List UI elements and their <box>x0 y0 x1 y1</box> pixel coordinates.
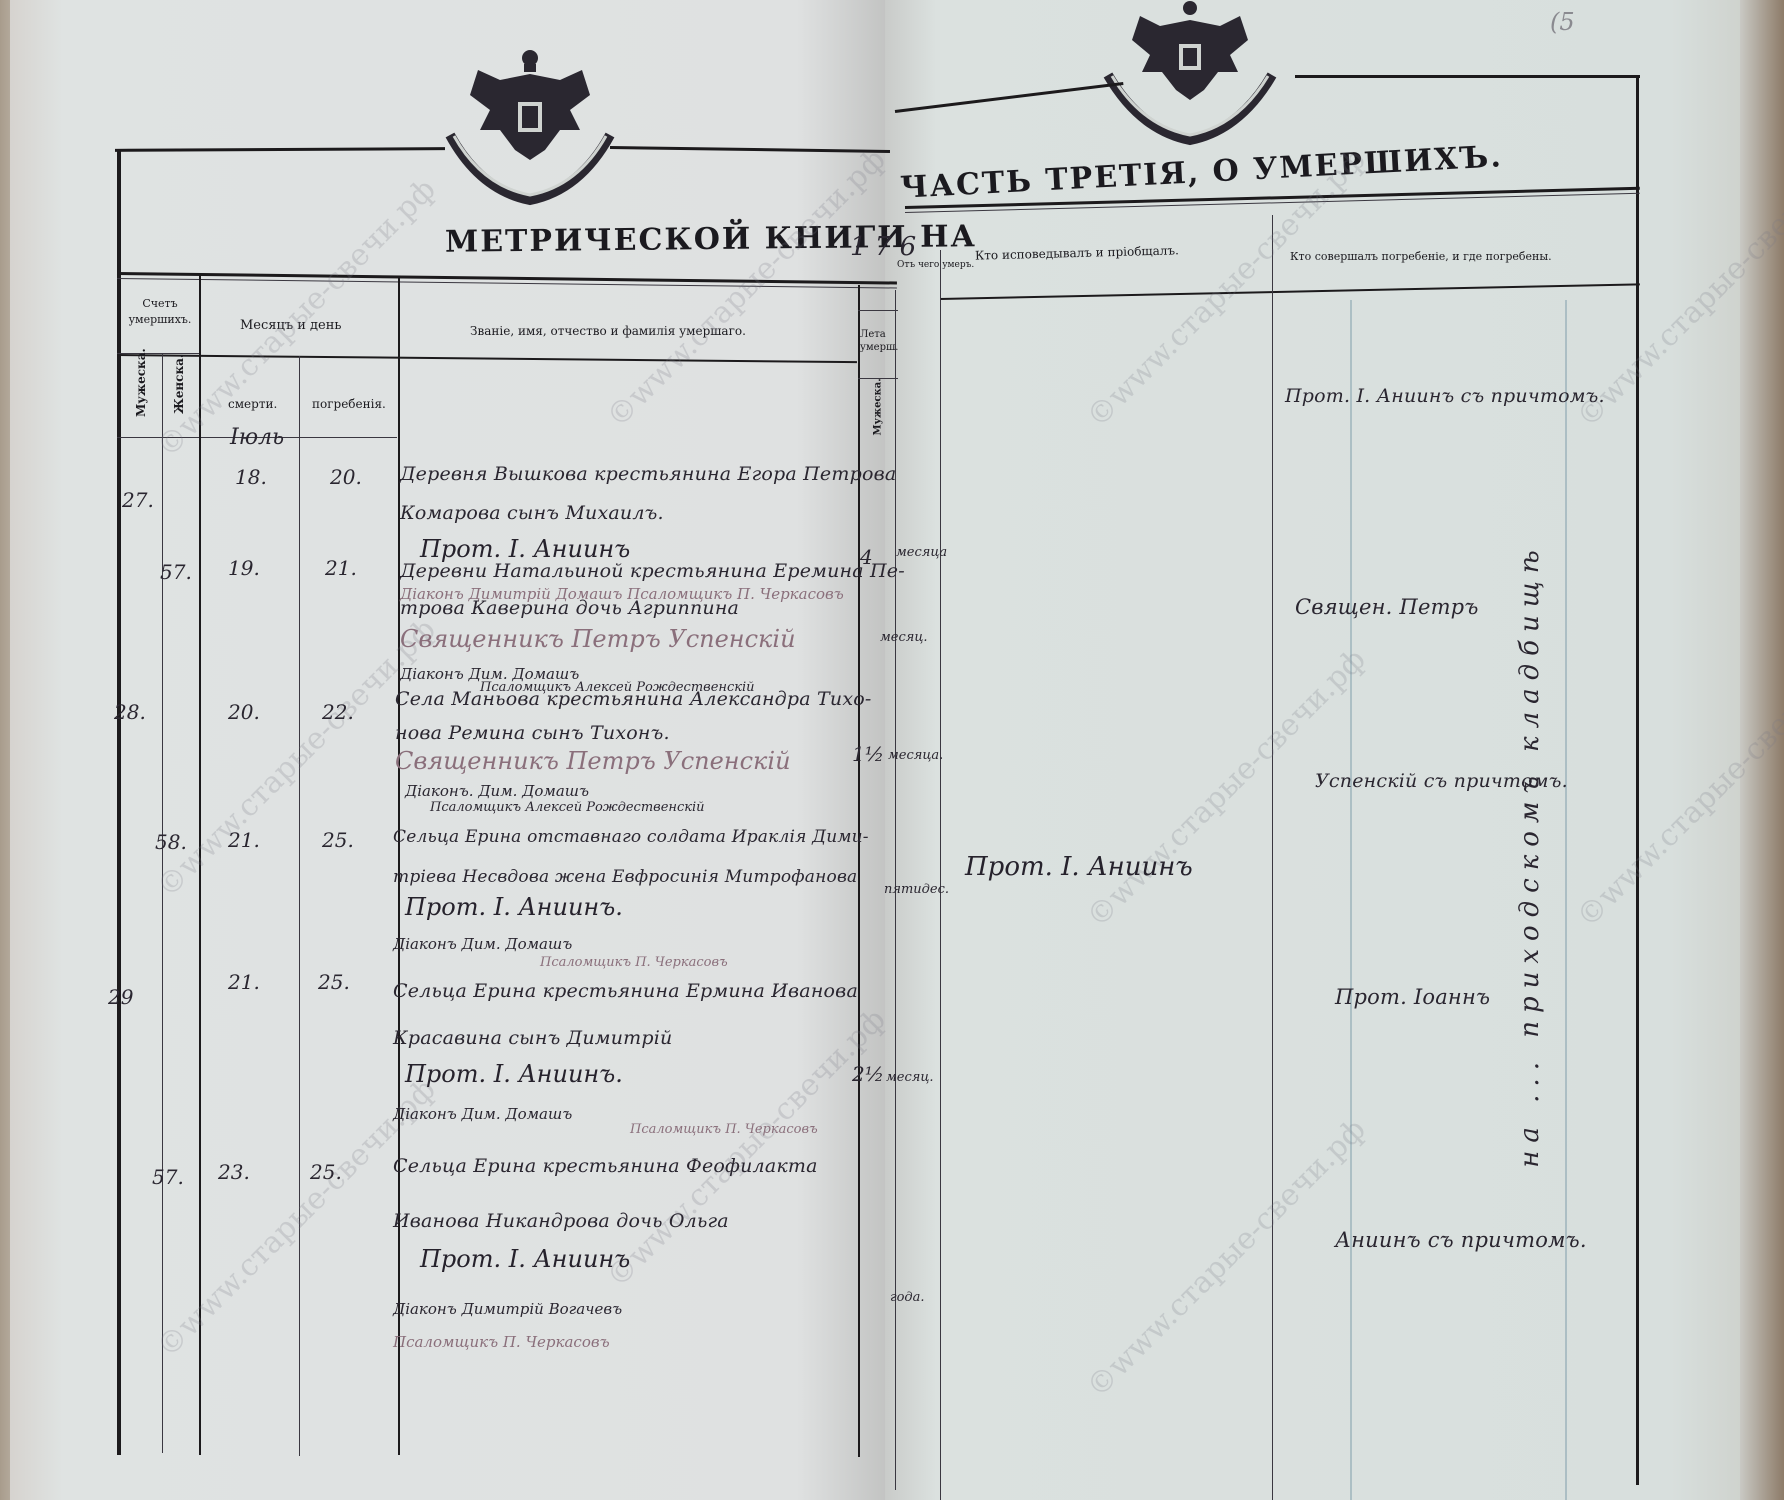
burial-entry-6: Аниинъ съ причтомъ. <box>1335 1228 1587 1252</box>
entry-6-age-unit: года. <box>890 1290 925 1305</box>
col-line-male-female <box>162 353 163 1453</box>
col-header-age-male: Мужеска. <box>873 376 884 436</box>
entry-6-note-2: Діаконъ Димитрій Вогачевъ <box>393 1300 622 1318</box>
faint-guide-2 <box>1565 300 1567 1500</box>
entry-4-line-1: Сельца Ерина отставнаго солдата Ираклія … <box>393 827 869 847</box>
entry-1-line-1: Деревня Вышкова крестьянина Егора Петров… <box>400 463 896 485</box>
entry-5-age: 2½ <box>852 1062 884 1086</box>
col-header-male: Мужеска. <box>134 357 148 417</box>
faint-guide-1 <box>1350 300 1352 1500</box>
col-header-name: Званіе, имя, отчество и фамилія умершаго… <box>470 324 746 338</box>
entry-6-female-no: 57. <box>152 1165 184 1189</box>
entry-1-burial-day: 20. <box>330 465 362 489</box>
right-frame-right <box>1636 75 1639 1485</box>
entry-3-death-day: 20. <box>228 700 260 724</box>
entry-2-line-2: трова Каверина дочь Агриппина <box>400 597 739 619</box>
entry-6-burial-day: 25. <box>310 1160 342 1184</box>
entry-2-death-day: 19. <box>228 556 260 580</box>
entry-2-burial-day: 21. <box>325 556 357 580</box>
burial-entry-5: Прот. Іоаннъ <box>1335 985 1490 1009</box>
entry-3-age-unit: месяца. <box>888 748 943 763</box>
left-frame-left <box>117 150 121 1455</box>
corner-mark: (5 <box>1550 8 1575 36</box>
age-male-subrule <box>858 310 898 311</box>
col-header-burial: погребенія. <box>312 397 386 411</box>
entry-5-burial-day: 25. <box>318 970 350 994</box>
entry-5-age-unit: месяц. <box>886 1070 934 1085</box>
entry-6-note-3: Псаломщикъ П. Черкасовъ <box>393 1333 610 1351</box>
col-line-count-date <box>199 275 201 1455</box>
entry-5-note-1: Псаломщикъ П. Черкасовъ <box>540 955 728 970</box>
year-fragment: 1 7 6 <box>850 232 916 262</box>
entry-2-female-no: 57. <box>160 560 192 584</box>
entry-2-age-unit: месяц. <box>880 630 928 645</box>
entry-4-age-unit: пятидес. <box>884 882 949 897</box>
right-page <box>885 0 1740 1500</box>
col-header-age: Лета умерш. <box>860 328 894 354</box>
col-header-death: смерти. <box>228 397 277 411</box>
imperial-eagle-emblem-left <box>440 40 620 210</box>
left-count-subrule <box>117 353 199 354</box>
right-frame-top <box>1295 75 1640 78</box>
entry-2-line-1: Деревни Натальиной крестьянина Еремина П… <box>400 560 905 582</box>
entry-1-age-unit: месяца <box>896 545 947 560</box>
entry-1-death-day: 18. <box>235 465 267 489</box>
entry-1-male-no: 27. <box>122 488 154 512</box>
entry-6-signature: Прот. І. Аниинъ <box>420 1245 630 1273</box>
entry-4-death-day: 21. <box>228 828 260 852</box>
entry-3-note-2: Псаломщикъ Алексей Рождественскій <box>430 800 705 815</box>
margin-vertical-note: на ... приходскомъ кладбищѣ <box>1515 405 1545 1305</box>
col-line-death-burial <box>299 356 300 1456</box>
entry-5-line-2: Красавина сынъ Димитрій <box>393 1027 672 1049</box>
entry-5-death-day: 21. <box>228 970 260 994</box>
entry-4-female-no: 58. <box>155 830 187 854</box>
entry-4-note-1: Діаконъ Дим. Домашъ <box>393 935 572 953</box>
entry-4-line-2: тріева Несвдова жена Евфросинія Митрофан… <box>393 867 857 887</box>
burial-entry-2: Священ. Петръ <box>1295 595 1479 619</box>
col-line-name-age <box>858 285 860 1457</box>
burial-entry-1: Прот. І. Аниинъ съ причтомъ. <box>1285 385 1605 407</box>
confessor-entry-4: Прот. І. Аниинъ <box>965 852 1193 882</box>
entry-3-age: 1½ <box>852 742 884 766</box>
col-header-cause: Отъ чего умеръ. <box>897 260 974 270</box>
entry-5-male-no: 29 <box>108 985 133 1009</box>
entry-6-note-1: Псаломщикъ П. Черкасовъ <box>630 1122 818 1137</box>
month-label: Іюль <box>230 425 284 450</box>
entry-4-signature: Прот. І. Аниинъ. <box>405 893 623 921</box>
entry-5-line-1: Сельца Ерина крестьянина Ермина Иванова <box>393 980 858 1002</box>
col-header-month-day: Месяцъ и день <box>240 318 342 333</box>
entry-6-line-1: Сельца Ерина крестьянина Феофилакта <box>393 1155 818 1177</box>
entry-1-line-2: Комарова сынъ Михаилъ. <box>400 502 664 524</box>
entry-5-signature: Прот. І. Аниинъ. <box>405 1060 623 1088</box>
entry-2-signature: Священникъ Петръ Успенскій <box>400 625 796 653</box>
entry-4-burial-day: 25. <box>322 828 354 852</box>
entry-3-line-1: Села Маньова крестьянина Александра Тихо… <box>395 688 872 710</box>
entry-3-note-1: Діаконъ. Дим. Домашъ <box>405 782 589 800</box>
entry-3-signature: Священникъ Петръ Успенскій <box>395 747 791 775</box>
col-header-count: Счетъ умершихъ. <box>122 296 198 328</box>
entry-5-note-2: Діаконъ Дим. Домашъ <box>393 1105 572 1123</box>
entry-6-death-day: 23. <box>218 1160 250 1184</box>
right-col-line-2 <box>1272 215 1273 1500</box>
col-header-burial-by: Кто совершалъ погребеніе, и где погребен… <box>1290 250 1552 263</box>
entry-6-line-2: Иванова Никандрова дочь Ольга <box>393 1210 729 1232</box>
imperial-eagle-emblem-right <box>1100 0 1280 150</box>
entry-3-male-no: 28. <box>114 700 146 724</box>
entry-3-line-2: нова Ремина сынъ Тихонъ. <box>395 722 670 744</box>
col-header-female: Женска. <box>172 360 186 414</box>
right-col-line-1 <box>940 250 941 1500</box>
entry-1-signature: Прот. І. Аниинъ <box>420 535 630 563</box>
entry-3-burial-day: 22. <box>322 700 354 724</box>
